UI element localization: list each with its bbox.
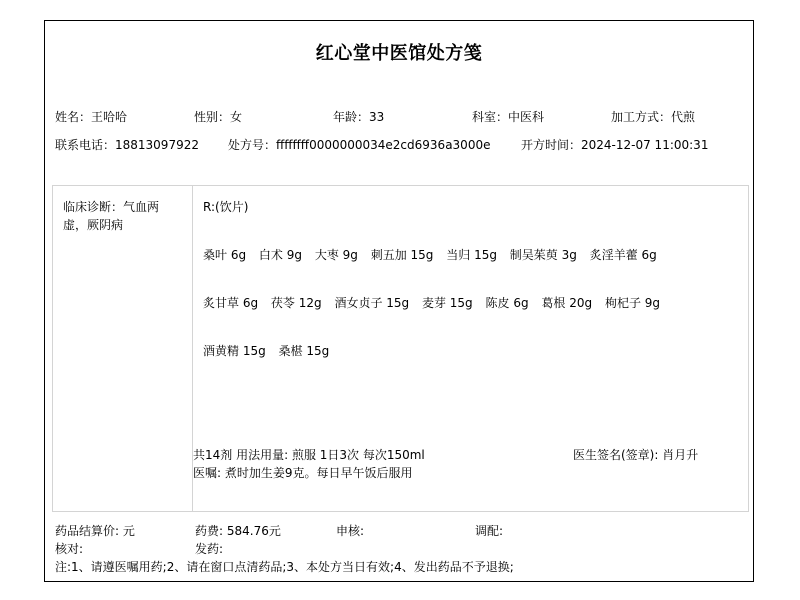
usage-dosage: 共14剂 用法用量: 煎服 1日3次 每次150ml [193, 446, 425, 464]
herb-item: 白术 9g [259, 248, 302, 262]
dispense-prep-field: 调配: [475, 523, 503, 539]
doctor-signature: 医生签名(签章): 肖月升 [573, 446, 703, 464]
usage-block: 共14剂 用法用量: 煎服 1日3次 每次150ml 医嘱: 煮时加生姜9克。每… [193, 446, 425, 482]
herb-line-3: 酒黄精 15g 桑椹 15g [203, 342, 338, 359]
processing-method: 加工方式：代煎 [611, 109, 695, 125]
review-field: 申核: [336, 523, 364, 539]
herb-item: 茯苓 12g [271, 296, 322, 310]
diagnosis-column: 临床诊断：气血两虚，厥阴病 [53, 186, 193, 511]
herb-item: 葛根 20g [541, 296, 592, 310]
herb-item: 枸杞子 9g [605, 296, 660, 310]
check-field: 核对: [55, 541, 83, 557]
doctor-advice: 医嘱: 煮时加生姜9克。每日早午饭后服用 [193, 464, 425, 482]
herb-item: 当归 15g [446, 248, 497, 262]
prescription-time: 开方时间：2024-12-07 11:00:31 [521, 137, 708, 153]
settlement-price: 药品结算价: 元 [55, 523, 135, 539]
clinical-diagnosis: 临床诊断：气血两虚，厥阴病 [63, 198, 181, 234]
herb-item: 麦芽 15g [422, 296, 473, 310]
department: 科室：中医科 [472, 109, 544, 125]
herb-line-2: 炙甘草 6g 茯苓 12g 酒女贞子 15g 麦芽 15g 陈皮 6g 葛根 2… [203, 294, 669, 311]
herb-item: 桑叶 6g [203, 248, 246, 262]
herb-item: 酒黄精 15g [203, 344, 266, 358]
herb-item: 桑椹 15g [279, 344, 330, 358]
herb-item: 炙甘草 6g [203, 296, 258, 310]
herb-item: 酒女贞子 15g [334, 296, 409, 310]
prescription-box: 临床诊断：气血两虚，厥阴病 R:(饮片) 桑叶 6g 白术 9g 大枣 9g 刺… [52, 185, 749, 512]
phone-number: 联系电话：18813097922 [55, 137, 199, 153]
prescription-number: 处方号：ffffffff0000000034e2cd6936a3000e [228, 137, 490, 153]
dispense-field: 发药: [195, 541, 223, 557]
herb-item: 陈皮 6g [486, 296, 529, 310]
prescription-sheet: 红心堂中医馆处方笺 姓名：王哈哈 性别：女 年龄：33 科室：中医科 加工方式：… [44, 20, 754, 582]
note-text: 注:1、请遵医嘱用药;2、请在窗口点清药品;3、本处方当日有效;4、发出药品不予… [55, 559, 514, 575]
patient-gender: 性别：女 [194, 109, 242, 125]
herb-item: 刺五加 15g [371, 248, 434, 262]
page-title: 红心堂中医馆处方笺 [45, 39, 753, 65]
herb-item: 大枣 9g [315, 248, 358, 262]
herb-line-1: 桑叶 6g 白术 9g 大枣 9g 刺五加 15g 当归 15g 制吴茱萸 3g… [203, 246, 666, 263]
prescription-column: R:(饮片) 桑叶 6g 白术 9g 大枣 9g 刺五加 15g 当归 15g … [193, 186, 748, 511]
herb-item: 制吴茱萸 3g [510, 248, 577, 262]
drug-fee: 药费: 584.76元 [195, 523, 281, 539]
patient-name: 姓名：王哈哈 [55, 109, 127, 125]
herb-item: 炙淫羊藿 6g [590, 248, 657, 262]
rx-header: R:(饮片) [203, 198, 248, 215]
patient-age: 年龄：33 [333, 109, 384, 125]
